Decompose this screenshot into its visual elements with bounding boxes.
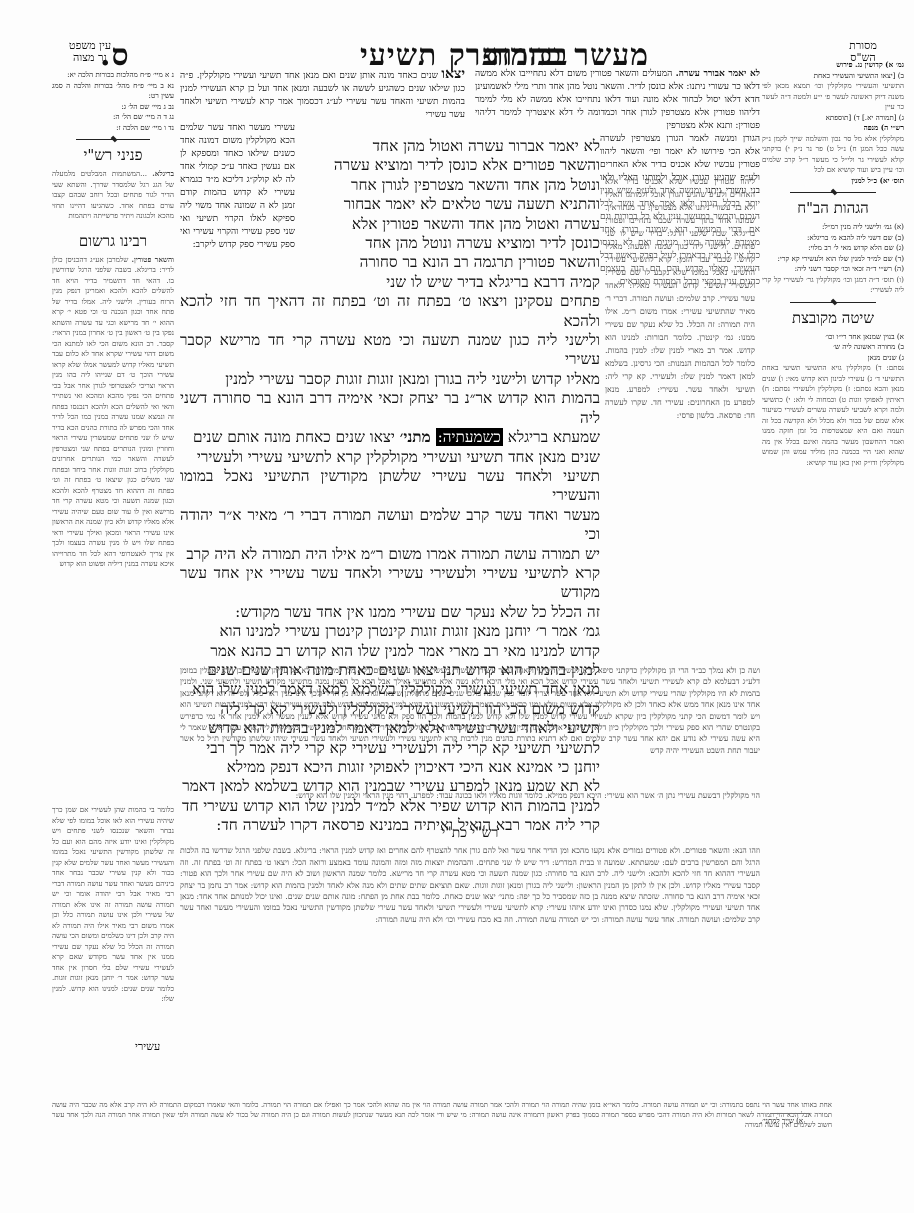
haghot-item: (ב) שם דשני ליה להבא מ׳ בריגלא: [762,233,904,244]
mishnah-marker: מתני׳ [400,428,431,446]
lower-commentary: ושה כן ולא נמלך כב״ד הרי הן מקולקלין כדק… [180,665,760,1045]
ein-mishpat-entry: נג ד ה מיי׳ שם הל׳ ה: [52,112,174,123]
haghot-item: (ג) שם הלא קדוש מאי ל׳ רב מלוי: [762,243,904,254]
section-title: שיטה מקובצת [762,309,904,328]
ornament-divider [76,139,149,140]
bottom-commentary: אחת באותו אחד עשר הוי נתפס בתמורה: וכי י… [52,1100,832,1130]
masoret-column: גמ׳ א) קדושין נג. פירוש ב) [יצאו התשיעי … [762,60,904,468]
section-title: רש"י כת"י [180,828,760,839]
tosafot-opening-word: יצאו [441,66,465,82]
masoret-line: ג) [תמורה יא.] ד) [תוספתא [762,113,904,124]
ein-mishpat-column: נ א מיי׳ פ״ח מהלכות בכורות הלכה יא: נא ב… [52,70,174,570]
footnote: א) שייך למתני׳. [760,1117,803,1125]
tosafot-line: שנים כאחד מונה אותן שנים ואם מנאן אחד תש… [233,71,438,81]
ein-mishpat-entry: נד ו מיי׳ שם הלכה ז: [52,123,174,134]
rashi-side-column: ליהוו מטורין עכשיו שלא אכניס בדיר אלא הא… [605,175,755,422]
ein-mishpat-entries: נ א מיי׳ פ״ח מהלכות בכורות הלכה יא: נא ב… [52,70,174,133]
masoret-line: גמ׳ א) קדושין נג. פירוש [762,60,904,71]
footnote-rule [770,1113,810,1114]
ein-mishpat-entry: נ א מיי׳ פ״ח מהלכות בכורות הלכה יא: [52,70,174,81]
commentary-text: והשאר פטורין. שלמרבן אע״ג דהכניסן כולן ל… [52,255,174,570]
section-title: פניני רש"י [52,146,174,165]
section-title: הגהות הב"ח [762,199,904,218]
ein-mishpat-label: עין משפט נר מצוה [55,40,125,64]
catchword: עשירי [135,1040,160,1053]
masoret-line: תוס׳ יא) כ״ל למנין [762,176,904,187]
ein-mishpat-entry: נא ב מיי׳ פ״ח מהל׳ בכורות והלכה ה סמג עש… [52,81,174,102]
ornament-divider [790,192,875,193]
masoret-line: ב) [יצאו התשיעי והעשירי כאחת [762,71,904,82]
haghot-item: (א) גמ׳ ולישני ליה מנין רמ״ל: [762,222,904,233]
rashi-opening: לא יאמר אבורר עשרה. [676,69,760,79]
haghot-item: (ה) רש״י ד״ה זכאי וכו׳ קסבר רשני ליה: [762,264,904,275]
ornament-divider [790,302,875,303]
masoret-line: רש״י ה) מנפה [762,123,904,134]
commentary-text: בריגלא. ...המשתמות המבלטים מלמעלה של הגג… [52,169,174,222]
ein-mishpat-entry: נב ג מיי׳ שם הל׳ ג: [52,102,174,113]
ner-mitzvah-title: נר מצוה [55,52,125,64]
haghot-item: (ד) שם למ״ד למנין שלו הוא ולעשירי קא קרי… [762,254,904,265]
highlighted-term[interactable]: כשמעתיה: [436,428,503,446]
section-title: רבינו גרשום [52,232,174,251]
